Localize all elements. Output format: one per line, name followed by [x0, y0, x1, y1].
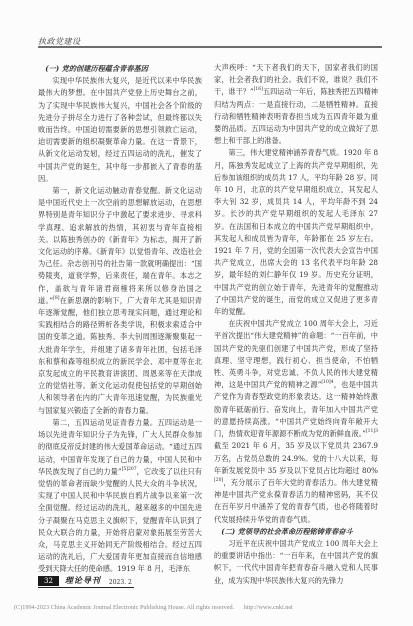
paragraph: 在庆祝中国共产党成立 100 周年大会上，习近平首次提出“伟大建党精神”的命题：… — [214, 318, 378, 525]
paragraph: 第二，五四运动见证青春力量。五四运动是一场以先进青年知识分子为先锋，广大人民群众… — [38, 417, 202, 576]
citation: [5]207 — [122, 467, 137, 472]
journal-name: 理论导刊 — [65, 575, 101, 586]
header-rule — [38, 46, 382, 48]
journal-page: 执政党建设 (一) 党的创建历程蕴含青春基因 实现中华民族伟大复兴，是近代以来中… — [0, 0, 413, 626]
section-subheading: (一) 党的创建历程蕴含青春基因 — [38, 63, 202, 75]
paragraph: 实现中华民族伟大复兴，是近代以来中华民族最伟大的梦想。在中国共产党登上历史舞台之… — [38, 75, 202, 185]
right-column: 大声疾呼：“天下者我们的天下，国家者我们的国家，社会者我们的社会。我们不说，谁说… — [214, 62, 378, 587]
page-footer: 32 理论导刊 2023. 2 — [38, 574, 134, 588]
citation: [10]4 — [321, 380, 333, 385]
citation: [20] — [214, 478, 223, 483]
paragraph: 大声疾呼：“天下者我们的天下，国家者我们的国家，社会者我们的社会。我们不说，谁说… — [214, 62, 378, 147]
issue-number: 2023. 2 — [109, 579, 132, 586]
copyright-notice: (C)1994-2023 China Academic Journal Elec… — [14, 604, 293, 611]
copyright-text: (C)1994-2023 China Academic Journal Elec… — [14, 604, 234, 611]
copyright-url: http://www.cnki.net — [244, 604, 293, 611]
left-column: (一) 党的创建历程蕴含青春基因 实现中华民族伟大复兴，是近代以来中华民族最伟大… — [38, 63, 202, 576]
page-number: 32 — [38, 576, 59, 586]
paragraph: 第三，伟大建党精神涵养青春气质。1920 年 8 月，陈独秀发起成立了上海的共产… — [214, 147, 378, 318]
paragraph: 第一，新文化运动触动青春觉醒。新文化运动是中国近代史上一次空前的思想解放运动，在… — [38, 185, 202, 417]
citation: [16] — [254, 87, 263, 92]
paragraph: 习近平在庆祝中国共产党成立 100 周年大会上的重要讲话中指出：“一百年来，在中… — [214, 538, 378, 587]
citation: [11]3 — [366, 429, 378, 434]
section-subheading: (二) 党领导的社会革命历程铭铸青春奋斗 — [214, 526, 378, 538]
